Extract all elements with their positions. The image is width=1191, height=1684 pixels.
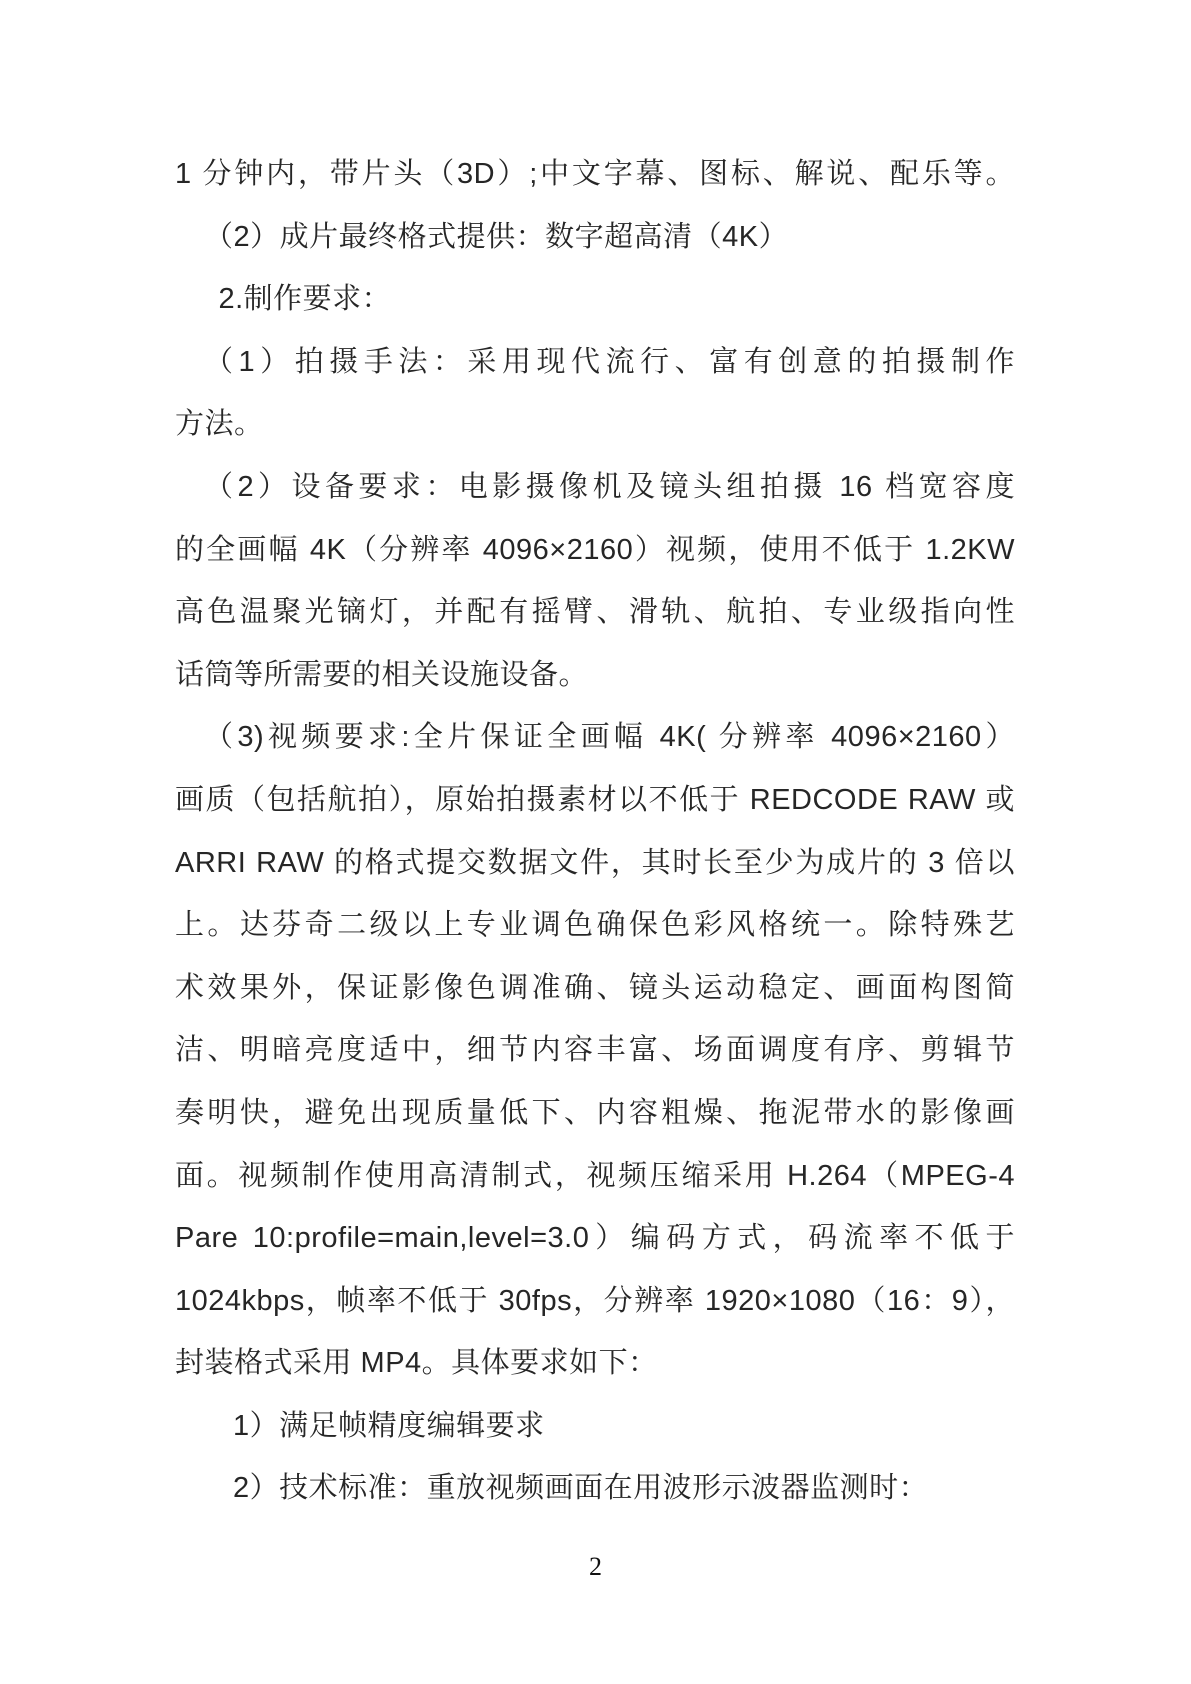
text-line: Pare 10:profile=main,level=3.0）编码方式，码流率不… xyxy=(175,1207,1015,1270)
text-line: （3)视频要求:全片保证全画幅 4K( 分辨率 4096×2160） xyxy=(175,706,1015,769)
text-line: 方法。 xyxy=(175,393,1015,456)
text-line: （2）设备要求：电影摄像机及镜头组拍摄 16 档宽容度 xyxy=(175,456,1015,519)
document-page-root: { "document": { "language": "zh-CN", "ba… xyxy=(0,0,1191,1684)
text-line: 1024kbps，帧率不低于 30fps，分辨率 1920×1080（16：9）… xyxy=(175,1270,1015,1333)
text-line: （1）拍摄手法：采用现代流行、富有创意的拍摄制作 xyxy=(175,331,1015,394)
text-line: 封装格式采用 MP4。具体要求如下： xyxy=(175,1332,1015,1395)
text-line: 2.制作要求： xyxy=(175,268,1015,331)
text-line: 奏明快，避免出现质量低下、内容粗燥、拖泥带水的影像画 xyxy=(175,1082,1015,1145)
text-line: 高色温聚光镝灯，并配有摇臂、滑轨、航拍、专业级指向性 xyxy=(175,581,1015,644)
text-line: 上。达芬奇二级以上专业调色确保色彩风格统一。除特殊艺 xyxy=(175,894,1015,957)
page-footer: 2 xyxy=(0,1552,1191,1582)
text-line: 洁、明暗亮度适中，细节内容丰富、场面调度有序、剪辑节 xyxy=(175,1019,1015,1082)
page-number: 2 xyxy=(589,1552,602,1581)
text-line: 1 分钟内，带片头（3D）;中文字幕、图标、解说、配乐等。 xyxy=(175,143,1015,206)
text-line: 1）满足帧精度编辑要求 xyxy=(175,1395,1015,1458)
text-line: 的全画幅 4K（分辨率 4096×2160）视频，使用不低于 1.2KW xyxy=(175,519,1015,582)
text-line: 话筒等所需要的相关设施设备。 xyxy=(175,644,1015,707)
body-text: 1 分钟内，带片头（3D）;中文字幕、图标、解说、配乐等。（2）成片最终格式提供… xyxy=(175,143,1015,1520)
text-line: 术效果外，保证影像色调准确、镜头运动稳定、画面构图简 xyxy=(175,957,1015,1020)
text-line: 画质（包括航拍），原始拍摄素材以不低于 REDCODE RAW 或 xyxy=(175,769,1015,832)
text-line: 面。视频制作使用高清制式，视频压缩采用 H.264（MPEG-4 xyxy=(175,1145,1015,1208)
document-page: 1 分钟内，带片头（3D）;中文字幕、图标、解说、配乐等。（2）成片最终格式提供… xyxy=(0,0,1191,1684)
text-line: ARRI RAW 的格式提交数据文件，其时长至少为成片的 3 倍以 xyxy=(175,832,1015,895)
text-line: 2）技术标准：重放视频画面在用波形示波器监测时： xyxy=(175,1457,1015,1520)
text-line: （2）成片最终格式提供：数字超高清（4K） xyxy=(175,206,1015,269)
